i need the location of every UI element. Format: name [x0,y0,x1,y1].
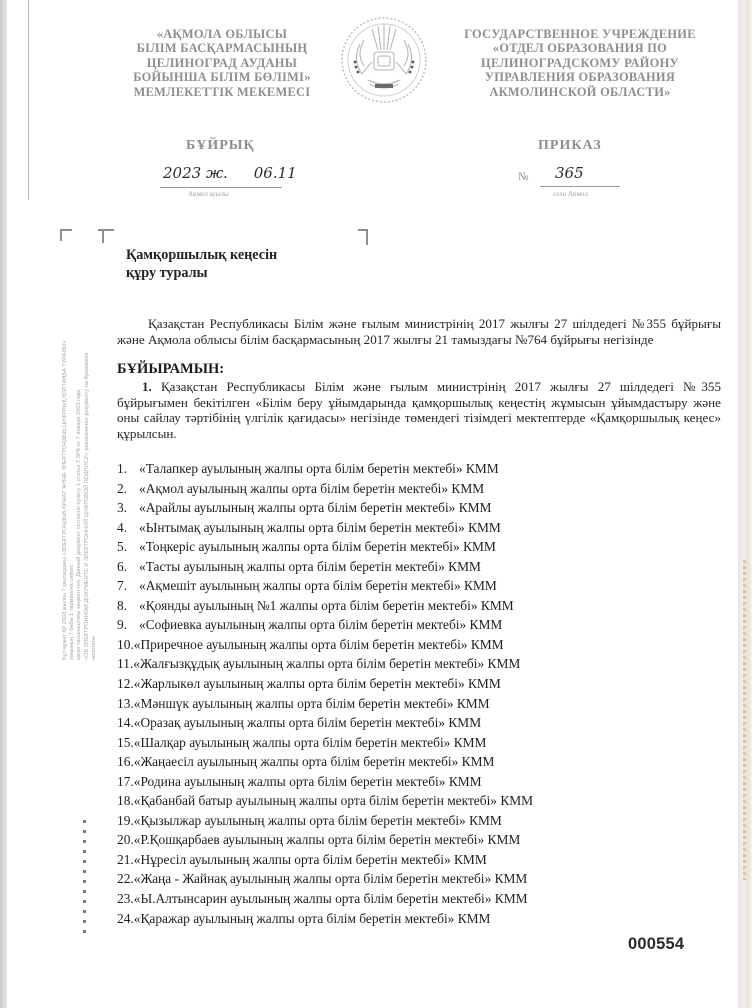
list-item: 6.«Тасты ауылының жалпы орта білім берет… [117,557,533,577]
subject-line: Қамқоршылық кеңесін [126,247,277,265]
order-number-handwritten: 365 [555,164,584,182]
org-name-kz: «АҚМОЛА ОБЛЫСЫ БІЛІМ БАСҚАРМАСЫНЫҢ ЦЕЛИН… [122,27,322,99]
paragraph-1-number: 1. [142,379,152,394]
schools-list: 1.«Талапкер ауылының жалпы орта білім бе… [117,459,533,928]
list-item: 17.«Родина ауылының жалпы орта білім бер… [117,772,533,792]
list-item: 22.«Жаңа - Жайнақ ауылының жалпы орта бі… [117,869,533,889]
list-item: 16.«Жаңаесіл ауылының жалпы орта білім б… [117,752,533,772]
list-item: 18.«Қабанбай батыр ауылының жалпы орта б… [117,791,533,811]
org-name-ru: ГОСУДАРСТВЕННОЕ УЧРЕЖДЕНИЕ «ОТДЕЛ ОБРАЗО… [440,27,720,99]
order-date-day: 06.11 [254,164,297,182]
list-item: 20.«Р.Қошқарбаев ауылының жалпы орта біл… [117,830,533,850]
command-heading: БҰЙЫРАМЫН: [117,361,224,378]
list-item: 4.«Ынтымақ ауылының жалпы орта білім бер… [117,518,533,538]
list-item: 24.«Қаражар ауылының жалпы орта білім бе… [117,909,533,929]
list-item: 13.«Мәншүк ауылының жалпы орта білім бер… [117,694,533,714]
list-item: 15.«Шалқар ауылының жалпы орта білім бер… [117,733,533,753]
corner-bracket [60,229,72,241]
kazakhstan-state-emblem-icon [338,14,430,106]
sheet-number: 000554 [628,935,684,954]
list-item: 2.«Ақмол ауылының жалпы орта білім берет… [117,479,533,499]
scan-binding-edge [0,0,7,1008]
list-item: 1.«Талапкер ауылының жалпы орта білім бе… [117,459,533,479]
order-title-ru: ПРИКАЗ [538,138,602,154]
list-item: 5.«Тоңкеріс ауылының жалпы орта білім бе… [117,537,533,557]
corner-bracket [98,229,114,241]
org-name-kz-line: «АҚМОЛА ОБЛЫСЫ [122,27,322,41]
list-item: 3.«Арайлы ауылының жалпы орта білім бере… [117,498,533,518]
org-name-ru-line: ГОСУДАРСТВЕННОЕ УЧРЕЖДЕНИЕ [440,27,720,41]
scan-fold-line [28,0,29,200]
list-item: 14.«Оразақ ауылының жалпы орта білім бер… [117,713,533,733]
list-item: 8.«Қоянды ауылының №1 жалпы орта білім б… [117,596,533,616]
org-name-kz-line: БІЛІМ БАСҚАРМАСЫНЫҢ [122,41,322,55]
org-name-kz-line: БОЙЫНША БІЛІМ БӨЛІМІ» [122,70,322,84]
list-item: 23.«Ы.Алтынсарин ауылының жалпы орта біл… [117,889,533,909]
list-item: 10.«Приречное ауылының жалпы орта білім … [117,635,533,655]
list-item: 9.«Софиевка ауылының жалпы орта білім бе… [117,615,533,635]
place-kz: Ақмол ауылы [188,190,229,198]
paragraph-1: 1. Қазақстан Республикасы Білім және ғыл… [117,379,721,441]
org-name-kz-line: ЦЕЛИНОГРАД АУДАНЫ [122,56,322,70]
org-name-ru-line: «ОТДЕЛ ОБРАЗОВАНИЯ ПО [440,41,720,55]
number-sign: № [518,171,529,183]
org-name-ru-line: УПРАВЛЕНИЯ ОБРАЗОВАНИЯ [440,70,720,84]
org-name-ru-line: АКМОЛИНСКОЙ ОБЛАСТИ» [440,85,720,99]
list-item: 19.«Қызылжар ауылының жалпы орта білім б… [117,811,533,831]
list-item: 21.«Нұресіл ауылының жалпы орта білім бе… [117,850,533,870]
preamble-paragraph: Қазақстан Республикасы Білім және ғылым … [117,316,721,347]
order-subject: Қамқоршылық кеңесін құру туралы [126,247,277,282]
subject-line: құру туралы [126,265,277,283]
stamp-line: Бұл құжат ҚР 2003 жылғы 7 қаңтардағы «ЭЛ… [62,330,76,660]
list-item: 11.«Жалғызқұдық ауылының жалпы орта білі… [117,654,533,674]
corner-bracket [358,229,368,245]
list-item: 7.«Ақмешіт ауылының жалпы орта білім бер… [117,576,533,596]
list-item: 12.«Жарлыкөл ауылының жалпы орта білім б… [117,674,533,694]
paragraph-1-text: Қазақстан Республикасы Білім және ғылым … [117,379,721,441]
paper-right-edge [738,0,752,1008]
org-name-ru-line: ЦЕЛИНОГРАДСКОМУ РАЙОНУ [440,56,720,70]
place-ru: село Акмол [553,190,588,198]
order-date-year: 2023 ж. [163,164,228,182]
order-title-kz: БҰЙРЫҚ [186,138,255,154]
punch-dots [83,820,86,935]
order-date-handwritten: 2023 ж.06.11 [163,164,297,182]
stamp-line: қағаз тасығыштағы заңмен тең. Данный док… [76,330,83,660]
org-name-kz-line: МЕМЛЕКЕТТІК МЕКЕМЕСІ [122,85,322,99]
stamp-line: «ОБ ЭЛЕКТРОННОМ ДОКУМЕНТЕ И ЭЛЕКТРОННОЙ … [84,330,98,660]
